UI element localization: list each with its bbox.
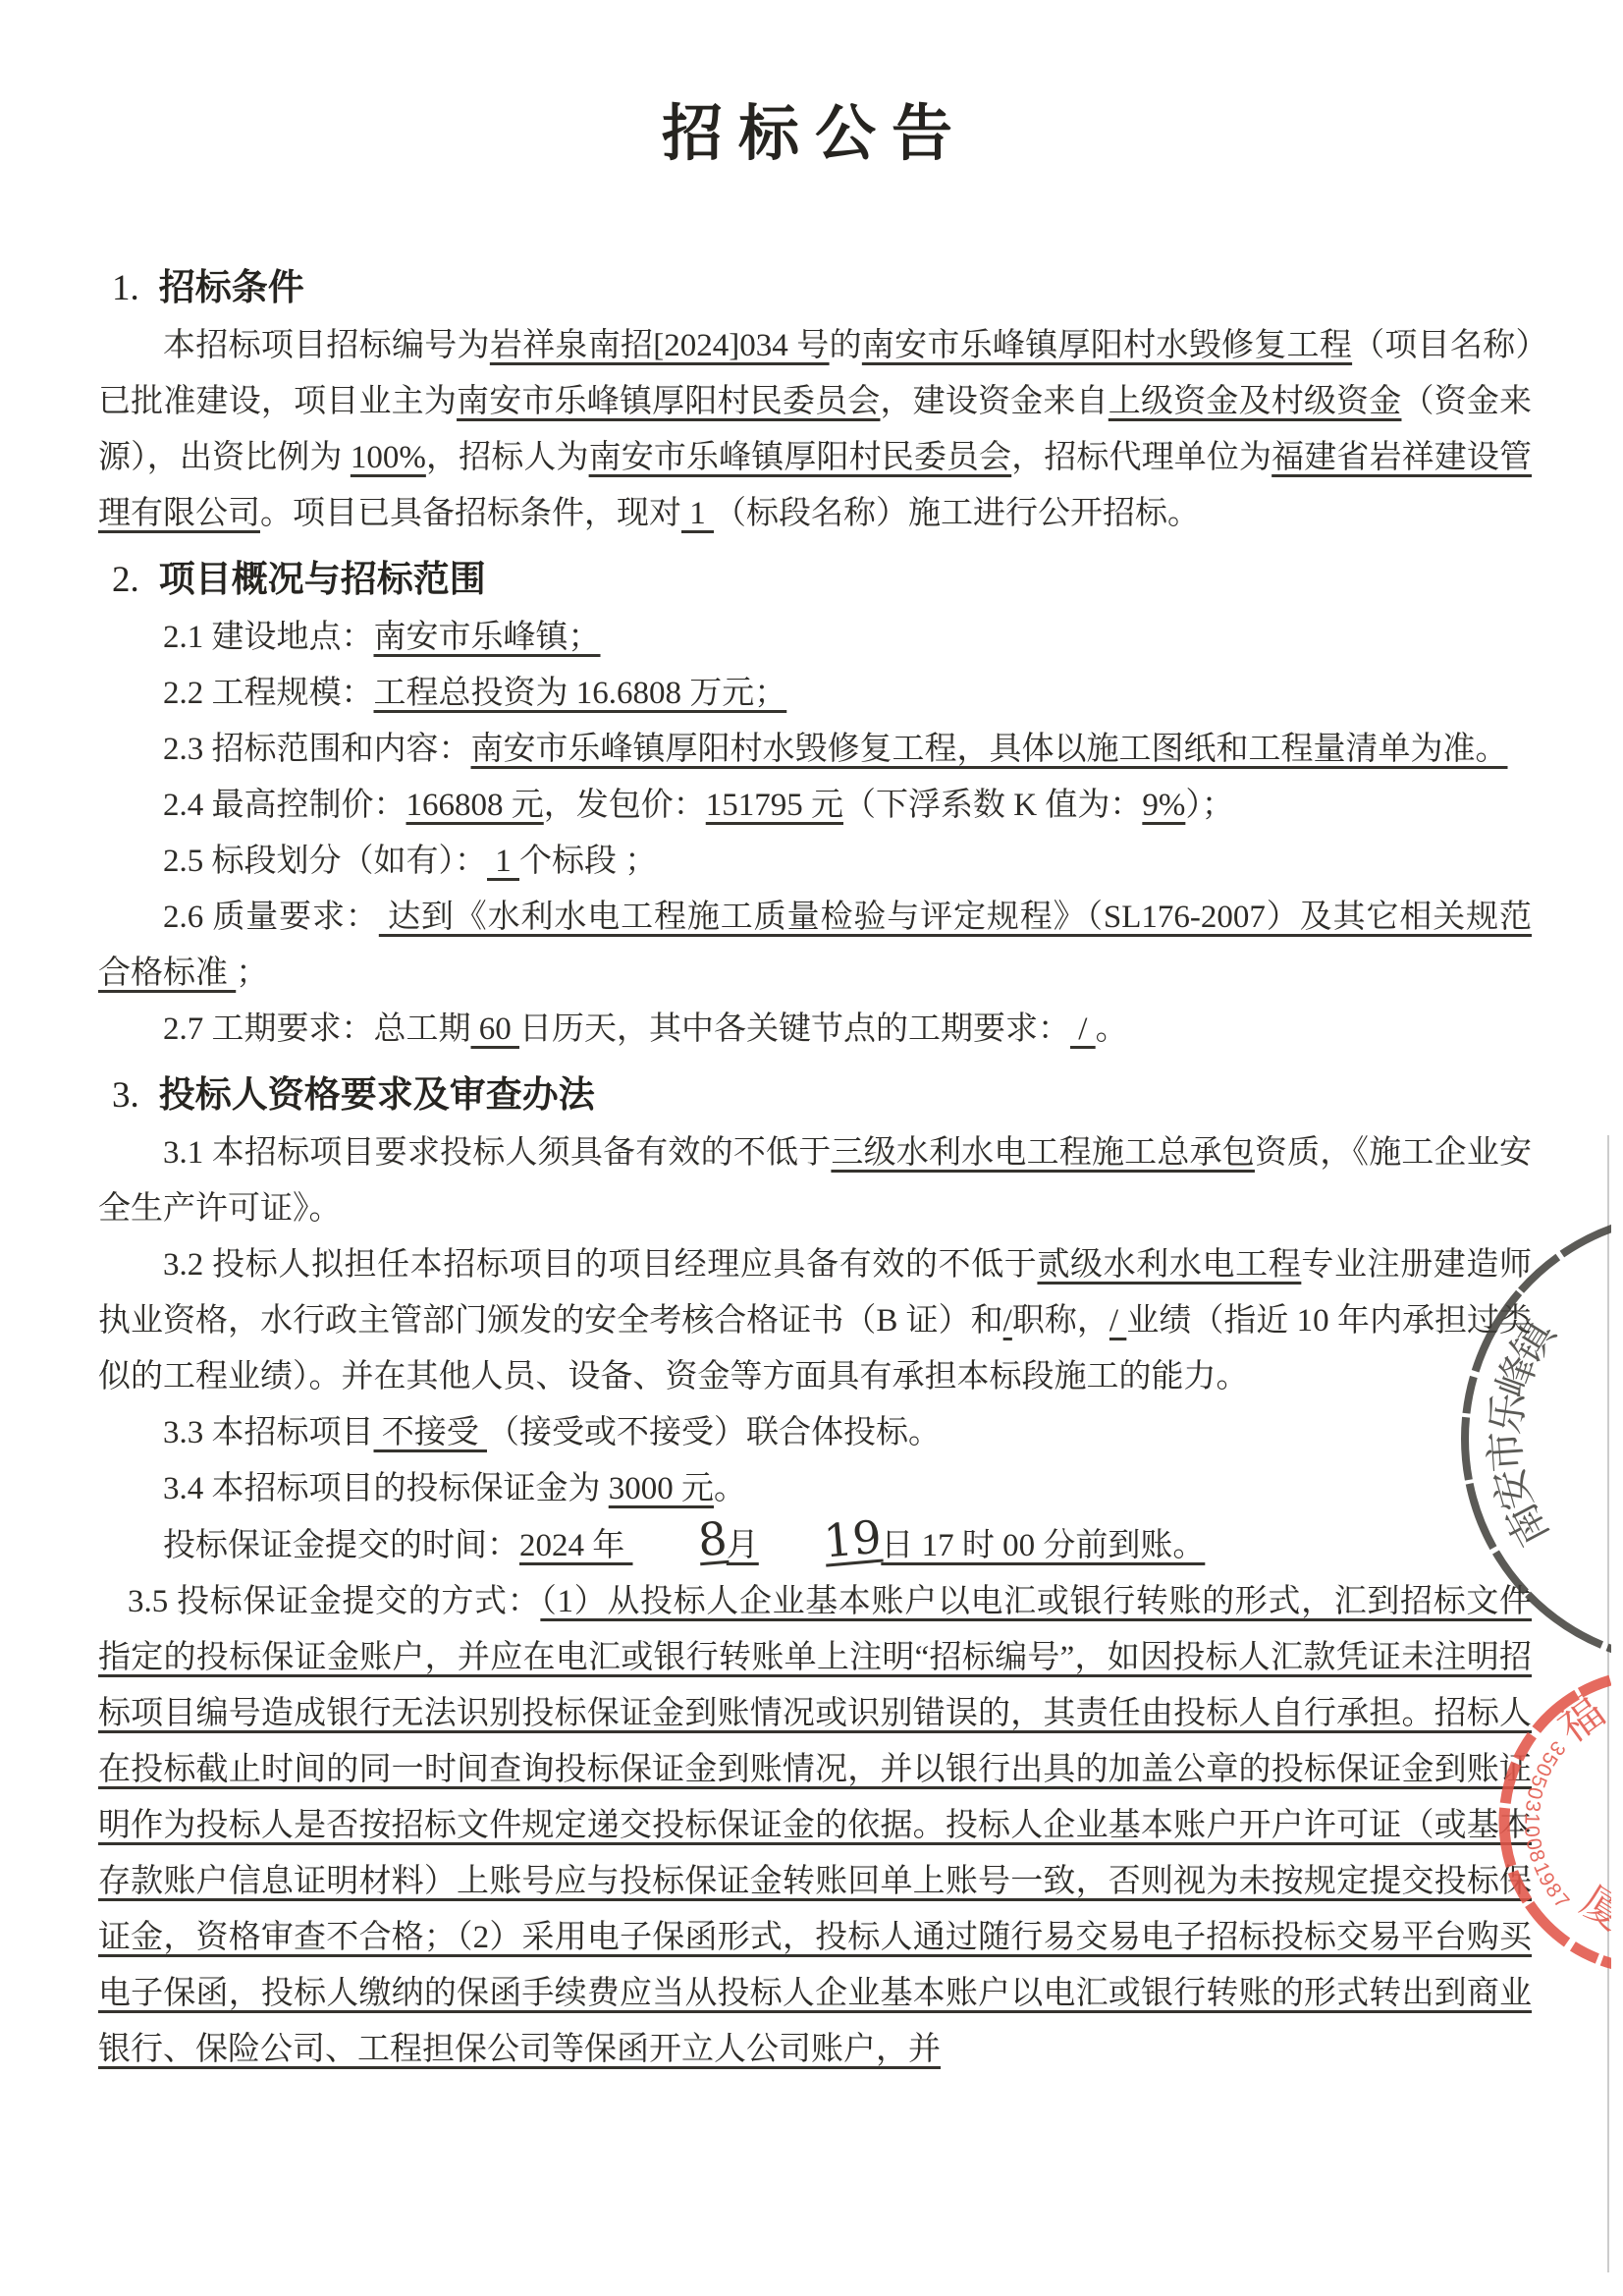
filled-in-value: / — [1109, 1303, 1126, 1339]
text-run: ）； — [1185, 788, 1234, 823]
text-run: 2.3 招标范围和内容： — [163, 732, 471, 767]
text-run: 投标保证金提交的时间： — [163, 1528, 519, 1563]
item-2-3-scope: 2.3 招标范围和内容：南安市乐峰镇厚阳村水毁修复工程，具体以施工图纸和工程量清… — [98, 722, 1532, 778]
section-2-heading: 2.项目概况与招标范围 — [98, 550, 1532, 610]
text-run: 2.2 工程规模： — [163, 676, 374, 711]
filled-in-value: 1 — [681, 496, 714, 531]
item-2-2-scale: 2.2 工程规模：工程总投资为 16.6808 万元； — [98, 666, 1532, 722]
text-run: 。项目已具备招标条件，现对 — [260, 496, 681, 531]
text-run: ，发包价： — [544, 788, 706, 823]
filled-in-value: 9% — [1142, 788, 1185, 823]
text-run: ，招标代理单位为 — [1011, 440, 1271, 475]
text-run: （接受或不接受）联合体投标。 — [487, 1415, 941, 1450]
section-2-number: 2. — [112, 560, 139, 600]
red-stamp-digit: 3 — [1521, 1799, 1544, 1814]
filled-in-value: 3000 元 — [609, 1471, 714, 1506]
filled-in-value: 1 — [487, 844, 519, 879]
filled-in-value: / — [1070, 1011, 1096, 1047]
text-run: 的 — [830, 328, 862, 363]
red-round-stamp: 福 厦 3 5 0 5 0 3 1 0 0 8 1 9 8 7 — [1504, 1674, 1611, 1969]
filled-in-value: 南安市乐峰镇； — [374, 620, 601, 655]
text-run: 3.3 本招标项目 — [163, 1415, 374, 1450]
text-run: 。 — [1096, 1011, 1128, 1047]
document-content: 招标公告 1.招标条件 本招标项目招标编号为岩祥泉南招[2024]034 号的南… — [98, 0, 1532, 2078]
section-3-heading: 3.投标人资格要求及审查办法 — [98, 1066, 1532, 1125]
filled-in-value: 三级水利水电工程施工总承包 — [831, 1135, 1255, 1171]
text-run: （标段名称）施工进行公开招标。 — [714, 496, 1200, 531]
item-2-1-location: 2.1 建设地点：南安市乐峰镇； — [98, 610, 1532, 666]
item-2-5-sections: 2.5 标段划分（如有）： 1 个标段 ； — [98, 834, 1532, 890]
stamps-overlay: 南 安 市 乐 峰 镇 福 厦 3 5 0 5 0 3 1 0 0 8 1 9 … — [1375, 1129, 1611, 2278]
text-run: 个标段 ； — [519, 844, 657, 879]
filled-in-value: 60 — [471, 1011, 520, 1047]
filled-in-value: 2024 年 — [519, 1528, 633, 1563]
filled-in-value: 151795 元 — [706, 788, 843, 823]
item-2-6-quality: 2.6 质量要求： 达到《水利水电工程施工质量检验与评定规程》（SL176-20… — [98, 890, 1532, 1002]
text-run: 职称， — [1012, 1303, 1109, 1339]
filled-in-value: / — [1003, 1303, 1012, 1339]
filled-in-value: 166808 元 — [406, 788, 544, 823]
text-run: ； — [236, 956, 268, 991]
text-run: 3.1 本招标项目要求投标人须具备有效的不低于 — [163, 1135, 831, 1171]
red-stamp-digit: 1 — [1520, 1813, 1542, 1825]
filled-in-value: 南安市乐峰镇厚阳村民委员会 — [589, 440, 1012, 475]
item-2-7-duration: 2.7 工期要求：总工期 60 日历天，其中各关键节点的工期要求： / 。 — [98, 1002, 1532, 1058]
text-run: ，建设资金来自 — [880, 384, 1108, 419]
section-1-heading: 1.招标条件 — [98, 258, 1532, 318]
para-tender-conditions: 本招标项目招标编号为岩祥泉南招[2024]034 号的南安市乐峰镇厚阳村水毁修复… — [98, 318, 1532, 542]
red-stamp-digit: 0 — [1520, 1825, 1543, 1838]
text-run: （下浮系数 K 值为： — [843, 788, 1142, 823]
page-title: 招标公告 — [98, 93, 1532, 176]
text-run: 3.5 投标保证金提交的方式： — [128, 1584, 540, 1619]
text-run: 2.1 建设地点： — [163, 620, 374, 655]
filled-in-value: 南安市乐峰镇厚阳村民委员会 — [457, 384, 880, 419]
filled-in-value: 岩祥泉南招[2024]034 号 — [490, 328, 830, 363]
section-3-number: 3. — [112, 1075, 139, 1116]
page: 招标公告 1.招标条件 本招标项目招标编号为岩祥泉南招[2024]034 号的南… — [0, 0, 1623, 2296]
filled-in-value: 贰级水利水电工程 — [1037, 1247, 1301, 1283]
text-run: 2.6 质量要求： — [163, 900, 379, 935]
item-3-1-qualification: 3.1 本招标项目要求投标人须具备有效的不低于三级水利水电工程施工总承包资质，《… — [98, 1125, 1532, 1237]
filled-in-value: 上级资金及村级资金 — [1109, 384, 1402, 419]
text-run: 3.4 本招标项目的投标保证金为 — [163, 1471, 609, 1506]
red-stamp-partial-char: 厦 — [1573, 1879, 1611, 1939]
text-run: 日历天，其中各关键节点的工期要求： — [519, 1011, 1070, 1047]
text-run: 3.2 投标人拟担任本招标项目的项目经理应具备有效的不低于 — [163, 1247, 1037, 1283]
section-2-title: 项目概况与招标范围 — [159, 559, 486, 599]
text-run: 2.4 最高控制价： — [163, 788, 406, 823]
text-run: 2.5 标段划分（如有）： — [163, 844, 487, 879]
section-1-title: 招标条件 — [159, 267, 304, 307]
filled-in-value: 南安市乐峰镇厚阳村水毁修复工程，具体以施工图纸和工程量清单为准。 — [471, 732, 1508, 767]
item-2-4-price: 2.4 最高控制价：166808 元，发包价：151795 元（下浮系数 K 值… — [98, 778, 1532, 834]
section-1-number: 1. — [112, 268, 139, 308]
handwritten-value: 19 — [757, 1514, 883, 1570]
filled-in-value: 日 17 时 00 分前到账。 — [881, 1528, 1205, 1563]
filled-in-value: 南安市乐峰镇厚阳村水毁修复工程 — [862, 328, 1352, 363]
handwritten-value: 8 — [631, 1515, 729, 1568]
text-run: 本招标项目招标编号为 — [163, 328, 490, 363]
filled-in-value: 工程总投资为 16.6808 万元； — [374, 676, 787, 711]
text-run: 。 — [714, 1471, 746, 1506]
filled-in-value: （1）从投标人企业基本账户以电汇或银行转账的形式，汇到招标文件指定的投标保证金账… — [98, 1584, 1532, 2067]
text-run: 2.7 工期要求：总工期 — [163, 1011, 471, 1047]
bid-bond-deadline-line: 投标保证金提交的时间：2024 年 8月19日 17 时 00 分前到账。 — [98, 1517, 1532, 1574]
item-3-5-bond-payment-method: 3.5 投标保证金提交的方式：（1）从投标人企业基本账户以电汇或银行转账的形式，… — [98, 1574, 1532, 2078]
black-round-stamp: 南 安 市 乐 峰 镇 — [1465, 1215, 1611, 1663]
item-3-2-project-manager: 3.2 投标人拟担任本招标项目的项目经理应具备有效的不低于贰级水利水电工程专业注… — [98, 1237, 1532, 1405]
item-3-4-bid-bond: 3.4 本招标项目的投标保证金为 3000 元。 — [98, 1461, 1532, 1517]
filled-in-value: 不接受 — [374, 1415, 488, 1450]
filled-in-value: 100% — [351, 440, 426, 475]
filled-in-value: 月 — [727, 1528, 759, 1563]
text-run: ，招标人为 — [426, 440, 589, 475]
section-3-title: 投标人资格要求及审查办法 — [159, 1074, 595, 1115]
item-3-3-consortium: 3.3 本招标项目 不接受 （接受或不接受）联合体投标。 — [98, 1405, 1532, 1461]
